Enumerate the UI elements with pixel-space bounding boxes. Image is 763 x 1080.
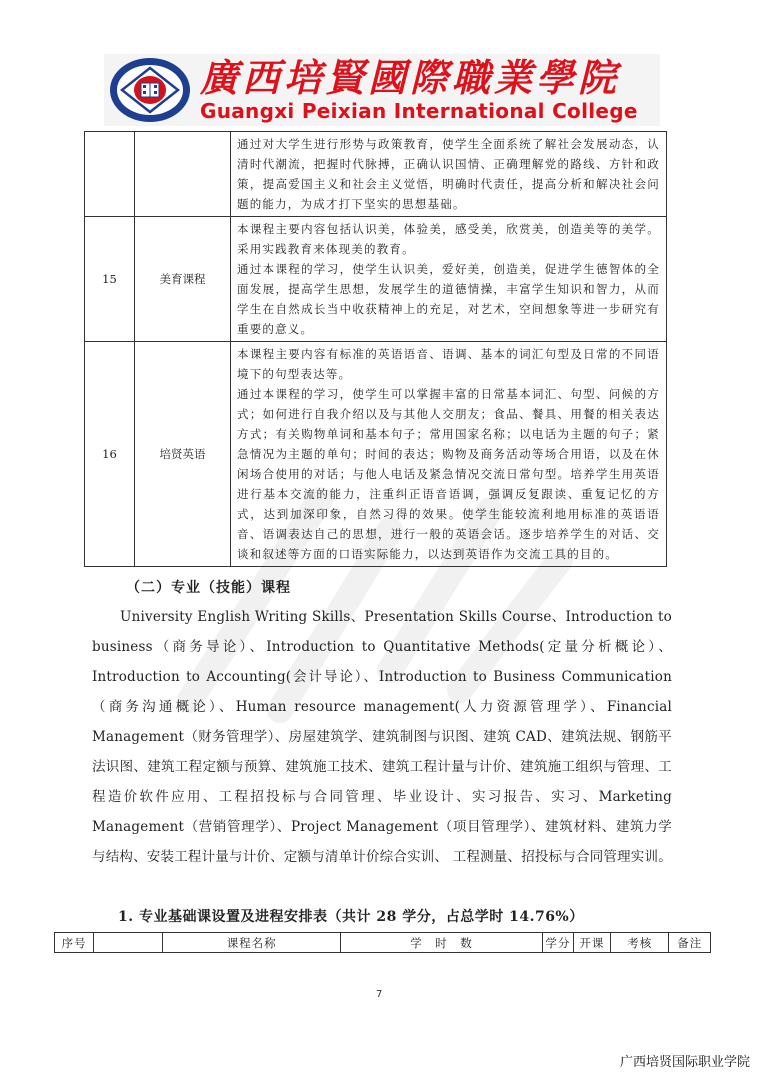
description-paragraph: 通过本课程的学习，使学生可以掌握丰富的日常基本词汇、句型、问候的方式；如何进行自… [237,384,660,564]
description-paragraph: 通过本课程的学习，使学生认识美，爱好美，创造美，促进学生德智体的全面发展，提高学… [237,259,660,339]
college-name-english: Guangxi Peixian International College [200,99,638,123]
footer-organization: 广西培贤国际职业学院 [620,1051,750,1070]
header-assessment: 考核 [611,933,669,953]
page-number: 7 [376,989,382,1000]
course-description-cell: 本课程主要内容有标准的英语语音、语调、基本的词汇句型及日常的不同语境下的句型表达… [231,342,667,567]
course-description-table: 通过对大学生进行形势与政策教育，使学生全面系统了解社会发展动态，认清时代潮流，把… [84,131,667,567]
header-term: 开课 [573,933,610,953]
course-plan-table: 序号 课程名称 学 时 数 学分 开课 考核 备注 [54,932,711,953]
table-header-row: 序号 课程名称 学 时 数 学分 开课 考核 备注 [55,933,711,953]
table-row: 16 培贤英语 本课程主要内容有标准的英语语音、语调、基本的词汇句型及日常的不同… [85,342,667,567]
table-row: 15 美育课程 本课程主要内容包括认识美，体验美，感受美，欣赏美，创造美等的美学… [85,217,667,342]
course-description-cell: 通过对大学生进行形势与政策教育，使学生全面系统了解社会发展动态，认清时代潮流，把… [231,132,667,217]
course-list-paragraph: University English Writing Skills、Presen… [92,602,672,872]
section-heading: （二）专业（技能）课程 [126,577,291,597]
header-blank [94,933,163,953]
paragraph-text: University English Writing Skills、Presen… [92,602,672,872]
header-banner: 廣西培賢國際職業學院 Guangxi Peixian International… [104,54,660,126]
header-credits: 学分 [542,933,573,953]
header-course-name: 课程名称 [163,933,341,953]
description-paragraph: 本课程主要内容包括认识美，体验美，感受美，欣赏美，创造美等的美学。采用实践教育来… [237,219,660,259]
course-description-cell: 本课程主要内容包括认识美，体验美，感受美，欣赏美，创造美等的美学。采用实践教育来… [231,217,667,342]
course-number-cell: 15 [85,217,135,342]
course-name-cell: 培贤英语 [135,342,231,567]
course-name-cell: 美育课程 [135,217,231,342]
table-title: 1. 专业基础课设置及进程安排表（共计 28 学分，占总学时 14.76%） [118,906,584,926]
header-serial: 序号 [55,933,94,953]
header-hours: 学 时 数 [340,933,542,953]
course-number-cell: 16 [85,342,135,567]
college-emblem-icon [104,54,196,126]
description-paragraph: 本课程主要内容有标准的英语语音、语调、基本的词汇句型及日常的不同语境下的句型表达… [237,344,660,384]
header-remarks: 备注 [669,933,711,953]
college-name-chinese: 廣西培賢國際職業學院 [200,57,638,99]
course-name-cell [135,132,231,217]
course-number-cell [85,132,135,217]
table-row: 通过对大学生进行形势与政策教育，使学生全面系统了解社会发展动态，认清时代潮流，把… [85,132,667,217]
